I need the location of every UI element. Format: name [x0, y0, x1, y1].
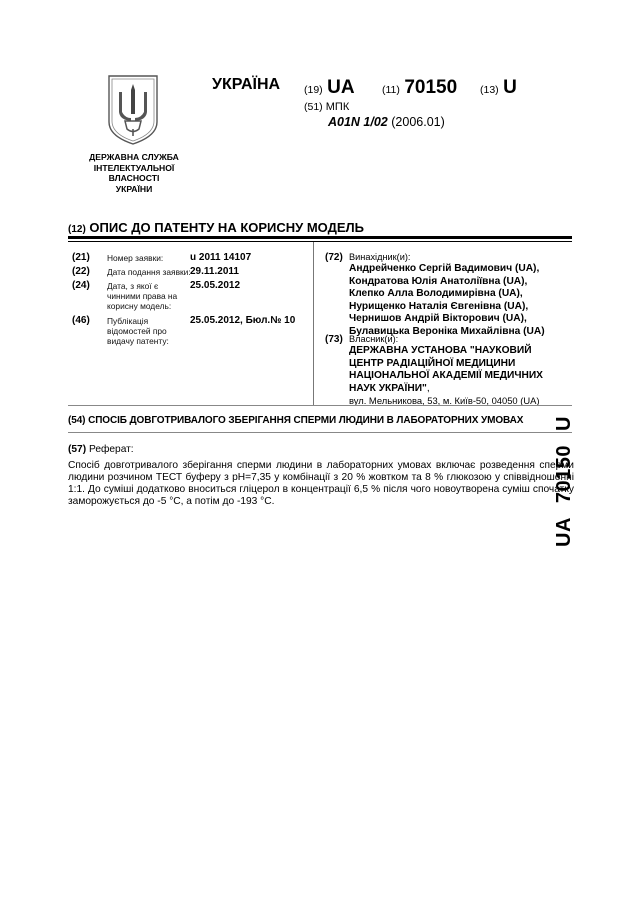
side-patent-code: UA70150U [553, 402, 576, 547]
agency-line: УКРАЇНИ [80, 184, 188, 195]
invention-title: (54) СПОСІБ ДОВГОТРИВАЛОГО ЗБЕРІГАННЯ СП… [68, 415, 523, 426]
divider [68, 432, 572, 433]
abstract-text: Спосіб довготривалого зберігання сперми … [68, 460, 574, 508]
inventor-name: Нурищенко Наталія Євгенівна (UA), [349, 301, 545, 314]
owner-label: Власник(и): [349, 334, 543, 345]
divider [68, 241, 572, 242]
abstract-label: (57) Реферат: [68, 444, 134, 455]
code-19-country: (19) UA [304, 77, 355, 99]
owner-name-line: НАУК УКРАЇНИ" [349, 383, 427, 394]
agency-line: ДЕРЖАВНА СЛУЖБА [80, 152, 188, 163]
code-51-ipc-label: (51) МПК [304, 101, 349, 113]
inventors-label: Винахідник(и): [349, 252, 545, 263]
owner-name-line: ДЕРЖАВНА УСТАНОВА "НАУКОВИЙ [349, 345, 543, 358]
agency-line: ВЛАСНОСТІ [80, 173, 188, 184]
trident-coat-of-arms-icon [107, 74, 159, 146]
owner-name-line: НАЦІОНАЛЬНОЇ АКАДЕМІЇ МЕДИЧНИХ [349, 370, 543, 383]
agency-line: ІНТЕЛЕКТУАЛЬНОЇ [80, 163, 188, 174]
code-13-doc-kind: (13) U [480, 77, 517, 99]
column-divider [313, 242, 314, 405]
country-name: УКРАЇНА [212, 76, 280, 94]
divider [68, 236, 572, 239]
ipc-classification: A01N 1/02 (2006.01) [328, 115, 445, 129]
inventor-name: Андрейченко Сергій Вадимович (UA), [349, 263, 545, 276]
owner-name-line: ЦЕНТР РАДІАЦІЙНОЇ МЕДИЦИНИ [349, 358, 543, 371]
inventor-name: Кондратова Юлія Анатоліївна (UA), [349, 276, 545, 289]
inventor-name: Клепко Алла Володимирівна (UA), [349, 288, 545, 301]
divider [68, 405, 572, 406]
inventor-name: Чернишов Андрій Вікторович (UA), [349, 313, 545, 326]
agency-name: ДЕРЖАВНА СЛУЖБА ІНТЕЛЕКТУАЛЬНОЇ ВЛАСНОСТ… [80, 152, 188, 194]
document-title: (12) ОПИС ДО ПАТЕНТУ НА КОРИСНУ МОДЕЛЬ [68, 220, 364, 235]
code-11-patent-number: (11) 70150 [382, 77, 457, 99]
